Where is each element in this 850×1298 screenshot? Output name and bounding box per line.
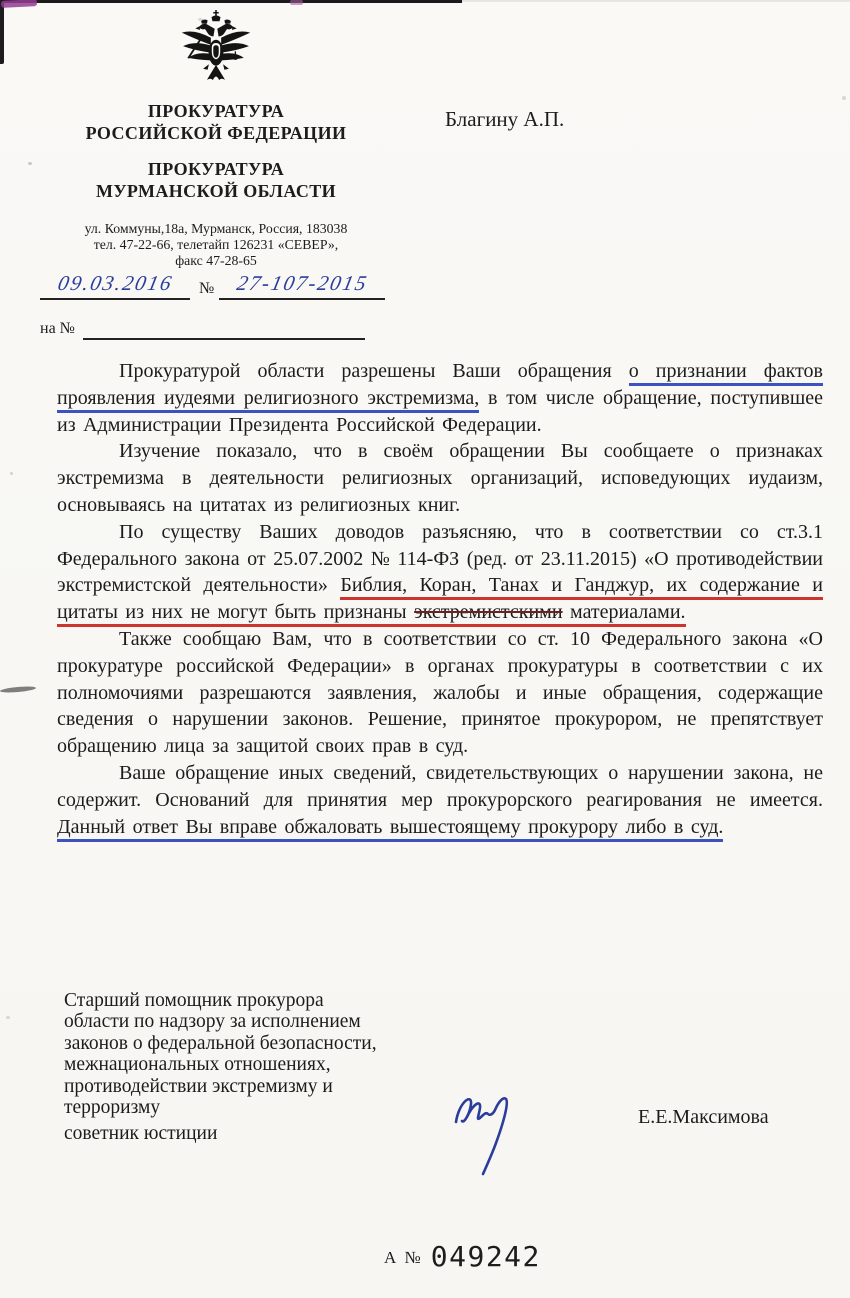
scan-speck (6, 1016, 10, 1019)
paragraph-2-text: Изучение показало, что в своём обращении… (57, 440, 823, 516)
scanned-letter-page: ПРОКУРАТУРА РОССИЙСКОЙ ФЕДЕРАЦИИ ПРОКУРА… (0, 0, 850, 1298)
paragraph-2: Изучение показало, что в своём обращении… (57, 438, 823, 518)
org-name-federation: ПРОКУРАТУРА РОССИЙСКОЙ ФЕДЕРАЦИИ (30, 101, 402, 144)
scan-smudge (0, 685, 36, 693)
scan-edge-top (0, 0, 462, 3)
form-series: А № (384, 1248, 423, 1267)
paragraph-1-text: Прокуратурой области разрешены Ваши обра… (119, 360, 629, 382)
reference-blank-line (83, 338, 365, 340)
struck-word: экстремистскими (414, 601, 562, 623)
scan-speck (10, 472, 13, 475)
scan-mark-purple (1, 0, 37, 8)
scan-speck (842, 96, 846, 100)
signer-rank: советник юстиции (64, 1123, 464, 1144)
signer-title-line: межнациональных отношениях, (64, 1054, 464, 1075)
signer-title-line: терроризму (64, 1097, 464, 1118)
handwritten-date: 09.03.2016 (55, 271, 175, 298)
form-number: 049242 (431, 1240, 541, 1273)
russian-coat-of-arms-icon (177, 10, 255, 94)
org-name-region-line1: ПРОКУРАТУРА (30, 159, 402, 181)
paragraph-4-text: Также сообщаю Вам, что в соответствии со… (57, 628, 823, 757)
org-name-federation-line2: РОССИЙСКОЙ ФЕДЕРАЦИИ (30, 123, 402, 145)
letterhead: ПРОКУРАТУРА РОССИЙСКОЙ ФЕДЕРАЦИИ ПРОКУРА… (30, 10, 402, 269)
signer-name: Е.Е.Максимова (638, 1106, 769, 1129)
signer-title-line: законов о федеральной безопасности, (64, 1033, 464, 1054)
org-name-federation-line1: ПРОКУРАТУРА (30, 101, 402, 123)
handwritten-number: 27-107-2015 (234, 271, 370, 298)
handwritten-signature (448, 1082, 548, 1187)
red-underlined-text: материалами. (563, 601, 686, 623)
date-number-row: 09.03.2016№27-107-2015 (40, 271, 390, 300)
org-address: ул. Коммуны,18а, Мурманск, Россия, 18303… (30, 221, 402, 269)
paragraph-4: Также сообщаю Вам, что в соответствии со… (57, 626, 823, 760)
signer-title-line: Старший помощник прокурора (64, 990, 464, 1011)
paragraph-3: По существу Ваших доводов разъясняю, что… (57, 519, 823, 626)
org-name-region: ПРОКУРАТУРА МУРМАНСКОЙ ОБЛАСТИ (30, 159, 402, 202)
scan-edge-left (0, 0, 4, 64)
date-field: 09.03.2016 (40, 271, 190, 300)
signer-title-line: противодействии экстремизму и (64, 1076, 464, 1097)
paragraph-1: Прокуратурой области разрешены Ваши обра… (57, 358, 823, 438)
scan-edge-top-faint (462, 0, 850, 2)
number-sign: № (199, 280, 214, 300)
signer-title-block: Старший помощник прокурора области по на… (64, 990, 464, 1145)
org-address-fax: факс 47-28-65 (30, 253, 402, 269)
org-name-region-line2: МУРМАНСКОЙ ОБЛАСТИ (30, 181, 402, 203)
letter-body: Прокуратурой области разрешены Ваши обра… (57, 358, 823, 840)
signer-title-line: области по надзору за исполнением (64, 1011, 464, 1032)
blue-underlined-text: Данный ответ Вы вправе обжаловать вышест… (57, 816, 723, 842)
paragraph-5: Ваше обращение иных сведений, свидетельс… (57, 760, 823, 840)
reference-row: на № (40, 320, 365, 340)
outgoing-number-field: 27-107-2015 (219, 271, 385, 300)
form-stamp: А №049242 (384, 1240, 541, 1273)
scan-mark-purple (290, 0, 303, 5)
org-address-phone: тел. 47-22-66, телетайп 126231 «СЕВЕР», (30, 237, 402, 253)
org-address-street: ул. Коммуны,18а, Мурманск, Россия, 18303… (30, 221, 402, 237)
addressee-name: Благину А.П. (445, 107, 564, 132)
reference-label: на № (40, 320, 75, 340)
paragraph-5-text: Ваше обращение иных сведений, свидетельс… (57, 762, 823, 811)
